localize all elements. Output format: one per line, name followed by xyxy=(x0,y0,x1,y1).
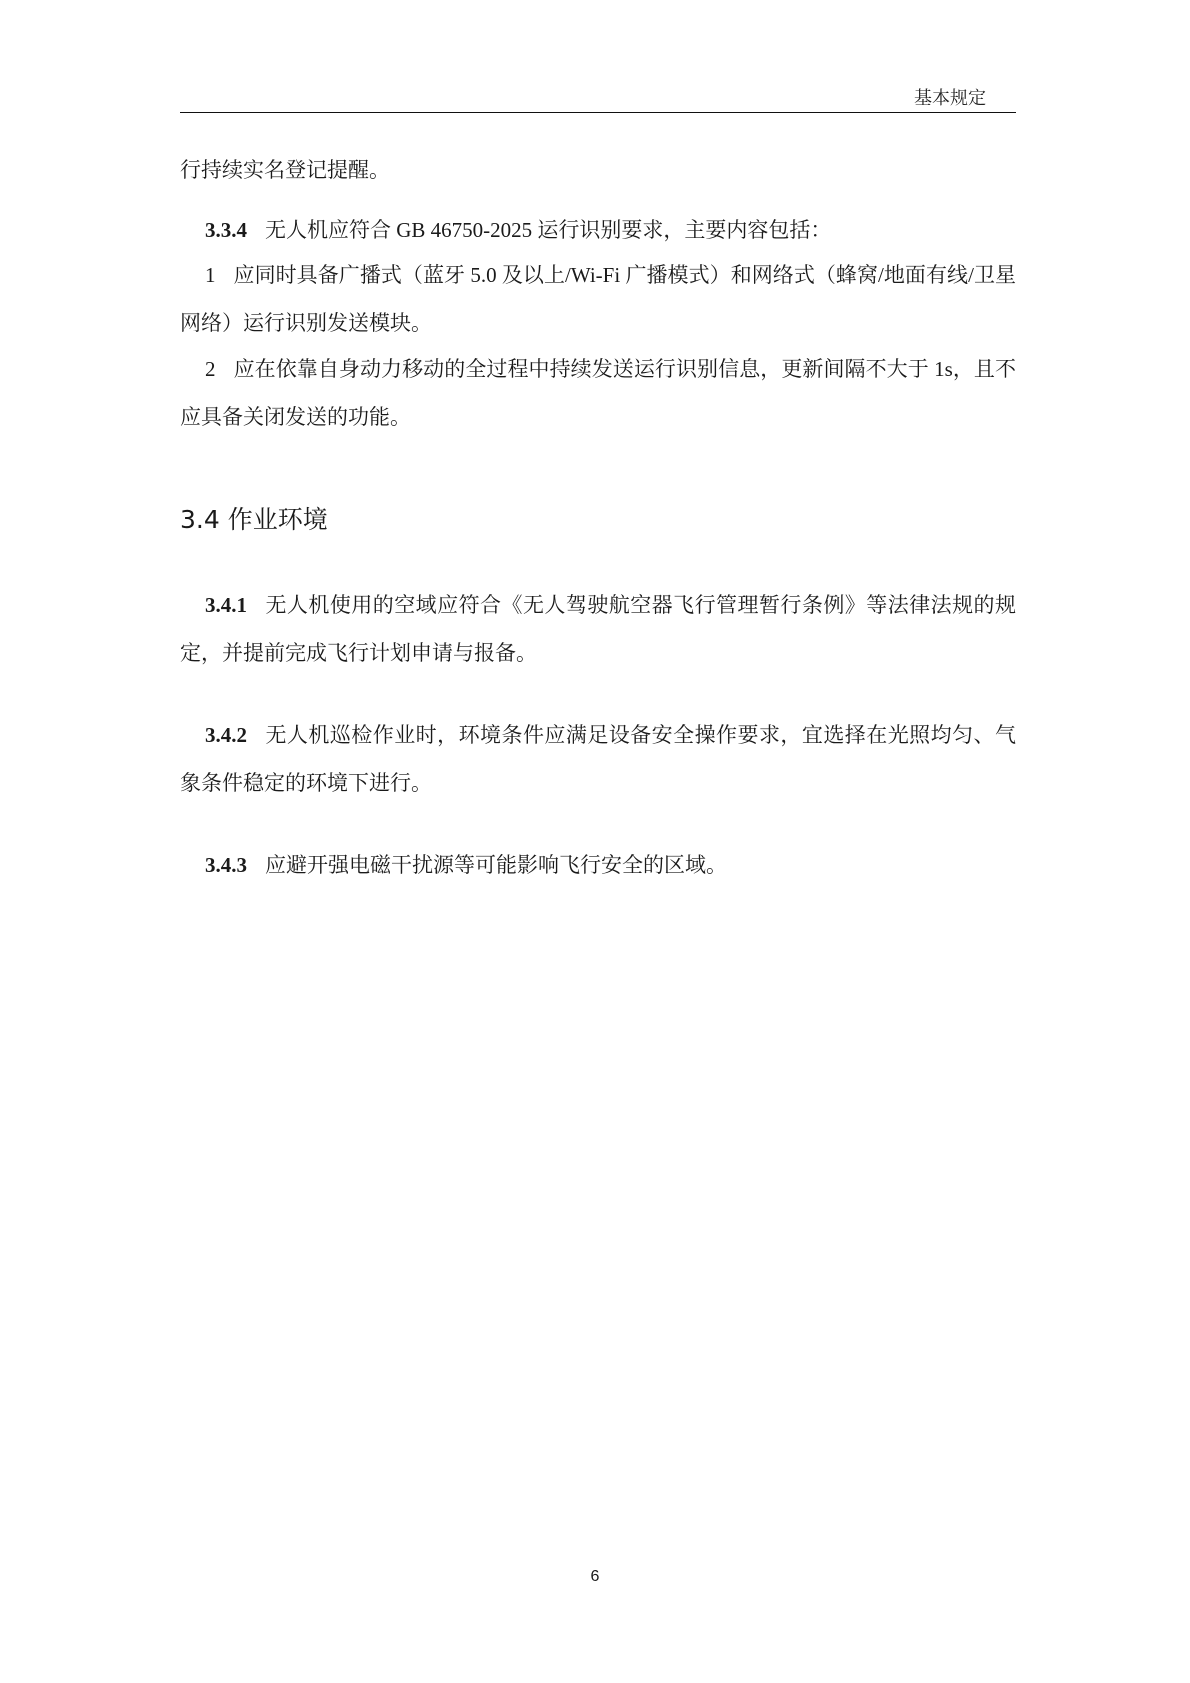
page-number: 6 xyxy=(0,1568,1190,1586)
clause-3-4-2: 3.4.2无人机巡检作业时，环境条件应满足设备安全操作要求，宜选择在光照均匀、气… xyxy=(180,711,1016,807)
clause-number: 3.4.2 xyxy=(205,723,247,747)
clause-number: 3.4.3 xyxy=(205,853,247,877)
section-title: 3.4 作业环境 xyxy=(180,500,328,536)
header-divider xyxy=(180,112,1016,113)
header-title: 基本规定 xyxy=(914,84,986,110)
item-number: 2 xyxy=(205,357,216,381)
clause-number: 3.4.1 xyxy=(205,593,247,617)
clause-3-3-4: 3.3.4无人机应符合 GB 46750-2025 运行识别要求，主要内容包括： xyxy=(180,206,1016,254)
clause-3-4-3: 3.4.3应避开强电磁干扰源等可能影响飞行安全的区域。 xyxy=(180,841,1016,889)
clause-3-3-4-item-1: 1应同时具备广播式（蓝牙 5.0 及以上/Wi-Fi 广播模式）和网络式（蜂窝/… xyxy=(180,251,1016,347)
clause-text: 无人机应符合 GB 46750-2025 运行识别要求，主要内容包括： xyxy=(265,218,831,242)
continuation-paragraph: 行持续实名登记提醒。 xyxy=(180,146,1016,194)
clause-number: 3.3.4 xyxy=(205,218,247,242)
clause-text: 无人机巡检作业时，环境条件应满足设备安全操作要求，宜选择在光照均匀、气象条件稳定… xyxy=(180,723,1016,795)
clause-text: 应避开强电磁干扰源等可能影响飞行安全的区域。 xyxy=(265,853,727,877)
item-text: 应同时具备广播式（蓝牙 5.0 及以上/Wi-Fi 广播模式）和网络式（蜂窝/地… xyxy=(180,263,1016,335)
item-number: 1 xyxy=(205,263,216,287)
clause-3-3-4-item-2: 2应在依靠自身动力移动的全过程中持续发送运行识别信息，更新间隔不大于 1s，且不… xyxy=(180,345,1016,441)
clause-3-4-1: 3.4.1无人机使用的空域应符合《无人驾驶航空器飞行管理暂行条例》等法律法规的规… xyxy=(180,581,1016,677)
item-text: 应在依靠自身动力移动的全过程中持续发送运行识别信息，更新间隔不大于 1s，且不应… xyxy=(180,357,1016,429)
clause-text: 无人机使用的空域应符合《无人驾驶航空器飞行管理暂行条例》等法律法规的规定，并提前… xyxy=(180,593,1016,665)
